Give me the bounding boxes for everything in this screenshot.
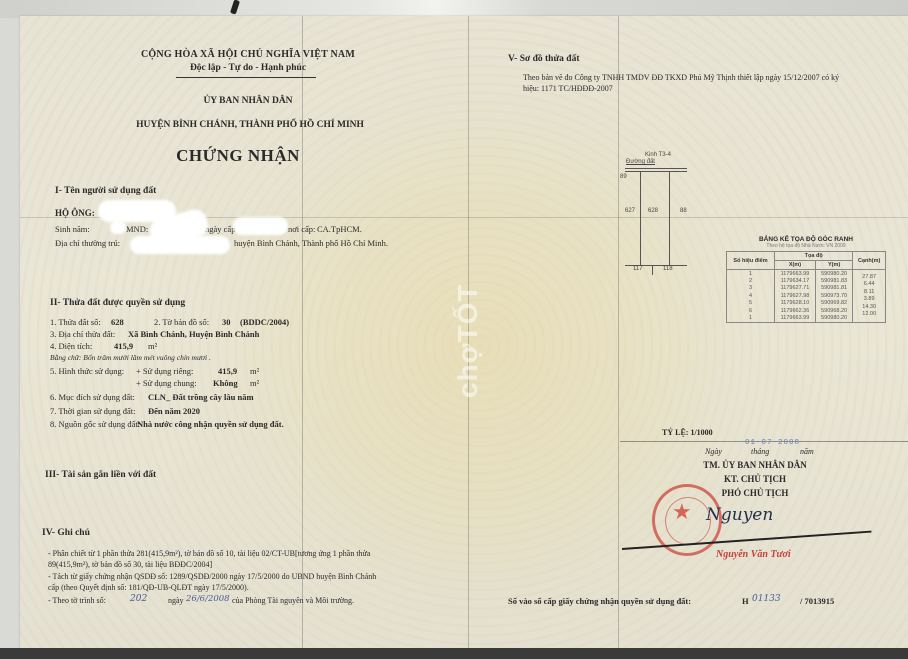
shared-use-value: Không: [213, 378, 238, 388]
motto-underline: [176, 77, 316, 78]
redaction-mark: [233, 217, 288, 235]
map-sheet-ref: (BDDC/2004): [240, 317, 289, 327]
coordinate-cell-x: 1179663.99: [775, 314, 816, 322]
handwritten-signature: Nguyen: [706, 505, 773, 525]
section-4-heading: IV- Ghi chú: [42, 528, 90, 538]
section-3-heading: III- Tài sản gắn liền với đất: [45, 470, 156, 480]
coordinate-row: 11179663.99590980.2012.00: [727, 314, 886, 322]
birth-label: Sinh năm:: [55, 224, 90, 234]
area-value: 415,9: [114, 341, 133, 351]
coordinate-cell-y: 590973.70: [815, 292, 852, 299]
registry-number-handwritten: 01133: [752, 594, 781, 604]
address-value: huyện Bình Chánh, Thành phố Hồ Chí Minh.: [234, 238, 388, 248]
shared-use-label: + Sử dụng chung:: [136, 378, 197, 388]
section-1-heading: I- Tên người sử dụng đất: [55, 186, 156, 196]
road-label: Đường đất: [626, 159, 655, 166]
map-line: [652, 265, 653, 275]
parcel-address: Xã Bình Chánh, Huyện Bình Chánh: [128, 329, 259, 339]
edge-length: 8.11: [864, 289, 874, 295]
fold-line: [618, 16, 619, 648]
chotot-watermark: chợTỐT: [452, 283, 484, 398]
coordinate-cell-x: 1179663.99: [775, 270, 816, 278]
header-x: X(m): [775, 261, 816, 270]
coordinate-cell-point: 1: [727, 270, 775, 278]
coordinate-cell-y: 590980.20: [815, 314, 852, 322]
canal-label: Kinh T3-4: [645, 152, 671, 159]
edge-length: 6.44: [864, 281, 875, 287]
coordinate-table: Số hiệu điểm Tọa độ Cạnh(m) X(m) Y(m) 11…: [726, 251, 886, 323]
note-line: - Phân chiết từ 1 phần thửa 281(415,9m²)…: [48, 549, 370, 559]
edge-length: 14.30: [862, 304, 876, 310]
shared-use-unit: m²: [250, 378, 259, 388]
coordinate-cell-point: 2: [727, 277, 775, 284]
signing-org: TM. ỦY BAN NHÂN DÂN: [690, 460, 820, 470]
area-label: 4. Diện tích:: [50, 341, 92, 351]
survey-note: Theo bản vẽ đo Công ty TNHH TMDV ĐĐ TKXD…: [523, 72, 843, 94]
redaction-mark: [130, 236, 230, 254]
report-label: - Theo tờ trình số:: [48, 596, 106, 606]
edge-length: 12.00: [862, 311, 876, 317]
coordinate-row: 31179627.71590981.816.44: [727, 285, 886, 292]
origin-label: 8. Nguồn gốc sử dụng đất:: [50, 419, 140, 429]
section-2-heading: II- Thửa đất được quyền sử dụng: [50, 298, 185, 308]
coordinate-cell-y: 590968.20: [815, 307, 852, 314]
map-line: [669, 172, 670, 266]
neighbor-east-label: 88: [680, 208, 687, 215]
neighbor-north-label: 89: [620, 174, 627, 181]
parcel-label: 1. Thửa đất số:: [50, 317, 101, 327]
parcel-number: 628: [111, 317, 124, 327]
committee-heading: ỦY BAN NHÂN DÂN: [118, 96, 378, 106]
area-in-words: Bằng chữ: Bốn trăm mười lăm mét vuông ch…: [50, 353, 211, 363]
district-heading: HUYỆN BÌNH CHÁNH, THÀNH PHỐ HỒ CHÍ MINH: [80, 120, 420, 130]
coordinate-cell-x: 1179634.17: [775, 277, 816, 284]
neighbor-south-right-label: 118: [663, 266, 673, 273]
map-line: [640, 172, 641, 266]
coordinate-table-subtitle: Theo hệ tọa độ Nhà Nước VN 2000: [726, 243, 886, 249]
area-unit: m²: [148, 341, 157, 351]
origin-value: Nhà nước công nhận quyền sử dụng đất.: [137, 419, 284, 429]
address-label: Địa chỉ thường trú:: [55, 238, 120, 248]
holder-label: HỘ ÔNG:: [55, 208, 95, 218]
edge-length-cell: 12.00: [853, 314, 886, 322]
parcel-label: 628: [648, 208, 658, 215]
coordinate-table-title: BẢNG KÊ TỌA ĐỘ GÓC RANH: [726, 236, 886, 243]
coordinate-cell-point: 5: [727, 300, 775, 307]
coordinate-cell-x: 1179662.36: [775, 307, 816, 314]
neighbor-south-left-label: 117: [633, 266, 643, 273]
date-label-year: năm: [800, 447, 814, 457]
report-date-label: ngày: [168, 596, 184, 606]
coordinate-cell-x: 1179628.10: [775, 300, 816, 307]
coordinate-cell-point: 1: [727, 314, 775, 322]
nation-heading: CỘNG HÒA XÃ HỘI CHỦ NGHĨA VIỆT NAM: [118, 50, 378, 60]
note-line: 89(415,9m²), tờ bản đồ số 30, tài liệu B…: [48, 560, 212, 570]
coordinate-cell-y: 590969.82: [815, 300, 852, 307]
coordinate-table-block: BẢNG KÊ TỌA ĐỘ GÓC RANH Theo hệ tọa độ N…: [726, 236, 886, 323]
header-point: Số hiệu điểm: [727, 252, 775, 270]
note-line: cấp (theo Quyết định số: 181/QĐ-UB-QLĐT …: [48, 583, 249, 593]
term-label: 7. Thời gian sử dụng đất:: [50, 406, 135, 416]
edge-length: 3.89: [864, 296, 875, 302]
purpose-label: 6. Mục đích sử dụng đất:: [50, 392, 135, 402]
neighbor-west-label: 627: [625, 208, 635, 215]
map-sheet-number: 30: [222, 317, 231, 327]
report-number-handwritten: 202: [130, 594, 147, 604]
redaction-mark: [110, 221, 126, 234]
purpose-value: CLN_ Đất trồng cây lâu năm: [148, 392, 254, 402]
coordinate-cell-y: 590980.20: [815, 270, 852, 278]
parcel-address-label: 3. Địa chỉ thửa đất:: [50, 329, 115, 339]
edge-length: 27.87: [862, 274, 876, 280]
report-date-handwritten: 26/6/2008: [186, 594, 230, 604]
issuer-label: nơi cấp:: [288, 224, 315, 234]
private-use-unit: m²: [250, 366, 259, 376]
registry-label: Số vào sổ cấp giấy chứng nhận quyền sử d…: [508, 596, 691, 606]
coordinate-cell-y: 590981.81: [815, 285, 852, 292]
document-title: CHỨNG NHẬN: [118, 146, 358, 166]
header-coord: Tọa độ: [775, 252, 853, 261]
signing-kt: KT. CHỦ TỊCH: [690, 474, 820, 484]
parcel-sketch-map: Kinh T3-4 Đường đất 89 627 628 88 117 11…: [620, 150, 700, 275]
registry-suffix: / 7013915: [800, 596, 834, 606]
coordinate-cell-x: 1179627.98: [775, 292, 816, 299]
coordinate-cell-point: 6: [727, 307, 775, 314]
coordinate-cell-point: 3: [727, 285, 775, 292]
signer-name: Nguyễn Văn Tươi: [716, 549, 791, 560]
map-line: [625, 168, 687, 169]
issuer-value: CA.TpHCM.: [317, 224, 362, 234]
header-y: Y(m): [815, 261, 852, 270]
private-use-value: 415,9: [218, 366, 237, 376]
map-scale: TỶ LỆ: 1/1000: [662, 428, 713, 438]
private-use-label: + Sử dụng riêng:: [136, 366, 193, 376]
coordinate-cell-x: 1179627.71: [775, 285, 816, 292]
header-edge: Cạnh(m): [853, 252, 886, 270]
date-label-day: Ngày: [705, 447, 722, 457]
term-value: Đến năm 2020: [148, 406, 200, 416]
coordinate-cell-point: 4: [727, 292, 775, 299]
note-line: - Tách từ giấy chứng nhận QSDĐ số: 1289/…: [48, 572, 376, 582]
seal-star-icon: ★: [672, 502, 692, 524]
id-label: MND:: [126, 224, 148, 234]
map-line: [625, 171, 687, 172]
usage-form-label: 5. Hình thức sử dụng:: [50, 366, 124, 376]
report-tail: của Phòng Tài nguyên và Môi trường.: [232, 596, 354, 606]
issued-label: ngày cấp: [205, 224, 235, 234]
date-label-month: tháng: [751, 447, 769, 457]
coordinate-row: 41179627.98590973.708.11: [727, 292, 886, 299]
registry-prefix: H: [742, 596, 749, 606]
coordinate-cell-y: 590981.83: [815, 277, 852, 284]
map-sheet-label: 2. Tờ bản đồ số:: [154, 317, 209, 327]
section-5-heading: V- Sơ đồ thửa đất: [508, 54, 580, 64]
motto: Độc lập - Tự do - Hạnh phúc: [118, 63, 378, 73]
desk-background-bottom: [0, 648, 908, 659]
coordinate-row: 21179634.17590981.8327.87: [727, 277, 886, 284]
